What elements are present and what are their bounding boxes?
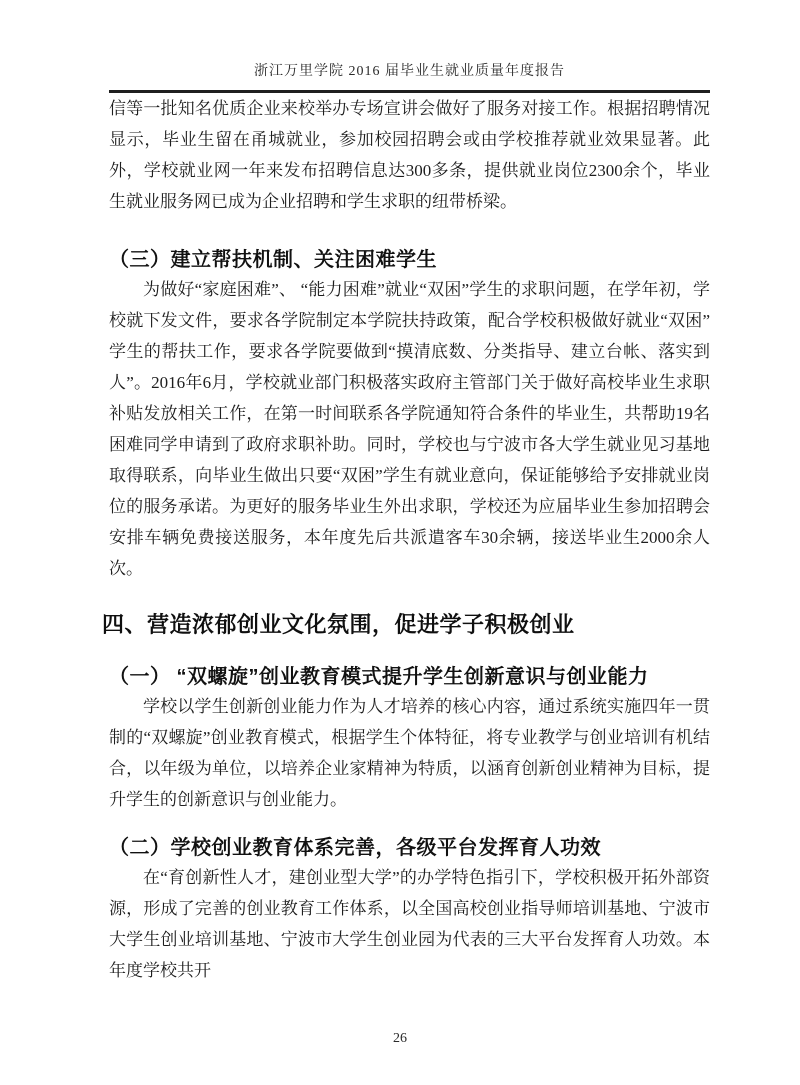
paragraph-support-mechanism: 为做好“家庭困难”、 “能力困难”就业“双困”学生的求职问题，在学年初，学校就下… [109, 274, 710, 584]
page-number: 26 [393, 1031, 407, 1046]
running-header-title: 浙江万里学院 2016 届毕业生就业质量年度报告 [109, 63, 710, 81]
document-page: 浙江万里学院 2016 届毕业生就业质量年度报告 信等一批知名优质企业来校举办专… [0, 0, 800, 1085]
content-area: 浙江万里学院 2016 届毕业生就业质量年度报告 信等一批知名优质企业来校举办专… [109, 0, 710, 986]
chapter-heading-4: 四、营造浓郁创业文化氛围，促进学子积极创业 [102, 609, 710, 640]
paragraph-double-helix: 学校以学生创新创业能力作为人才培养的核心内容，通过系统实施四年一贯制的“双螺旋”… [109, 691, 710, 815]
page-footer: 26 [0, 1029, 800, 1047]
paragraph-education-system: 在“育创新性人才，建创业型大学”的办学特色指引下，学校积极开拓外部资源，形成了完… [109, 862, 710, 986]
paragraph-continuation: 信等一批知名优质企业来校举办专场宣讲会做好了服务对接工作。根据招聘情况显示，毕业… [109, 93, 710, 217]
section-heading-4-2: （二）学校创业教育体系完善，各级平台发挥育人功效 [109, 834, 710, 862]
section-heading-4-1: （一） “双螺旋”创业教育模式提升学生创新意识与创业能力 [109, 663, 710, 691]
section-heading-3: （三）建立帮扶机制、关注困难学生 [109, 246, 710, 274]
page-header: 浙江万里学院 2016 届毕业生就业质量年度报告 [109, 0, 710, 93]
